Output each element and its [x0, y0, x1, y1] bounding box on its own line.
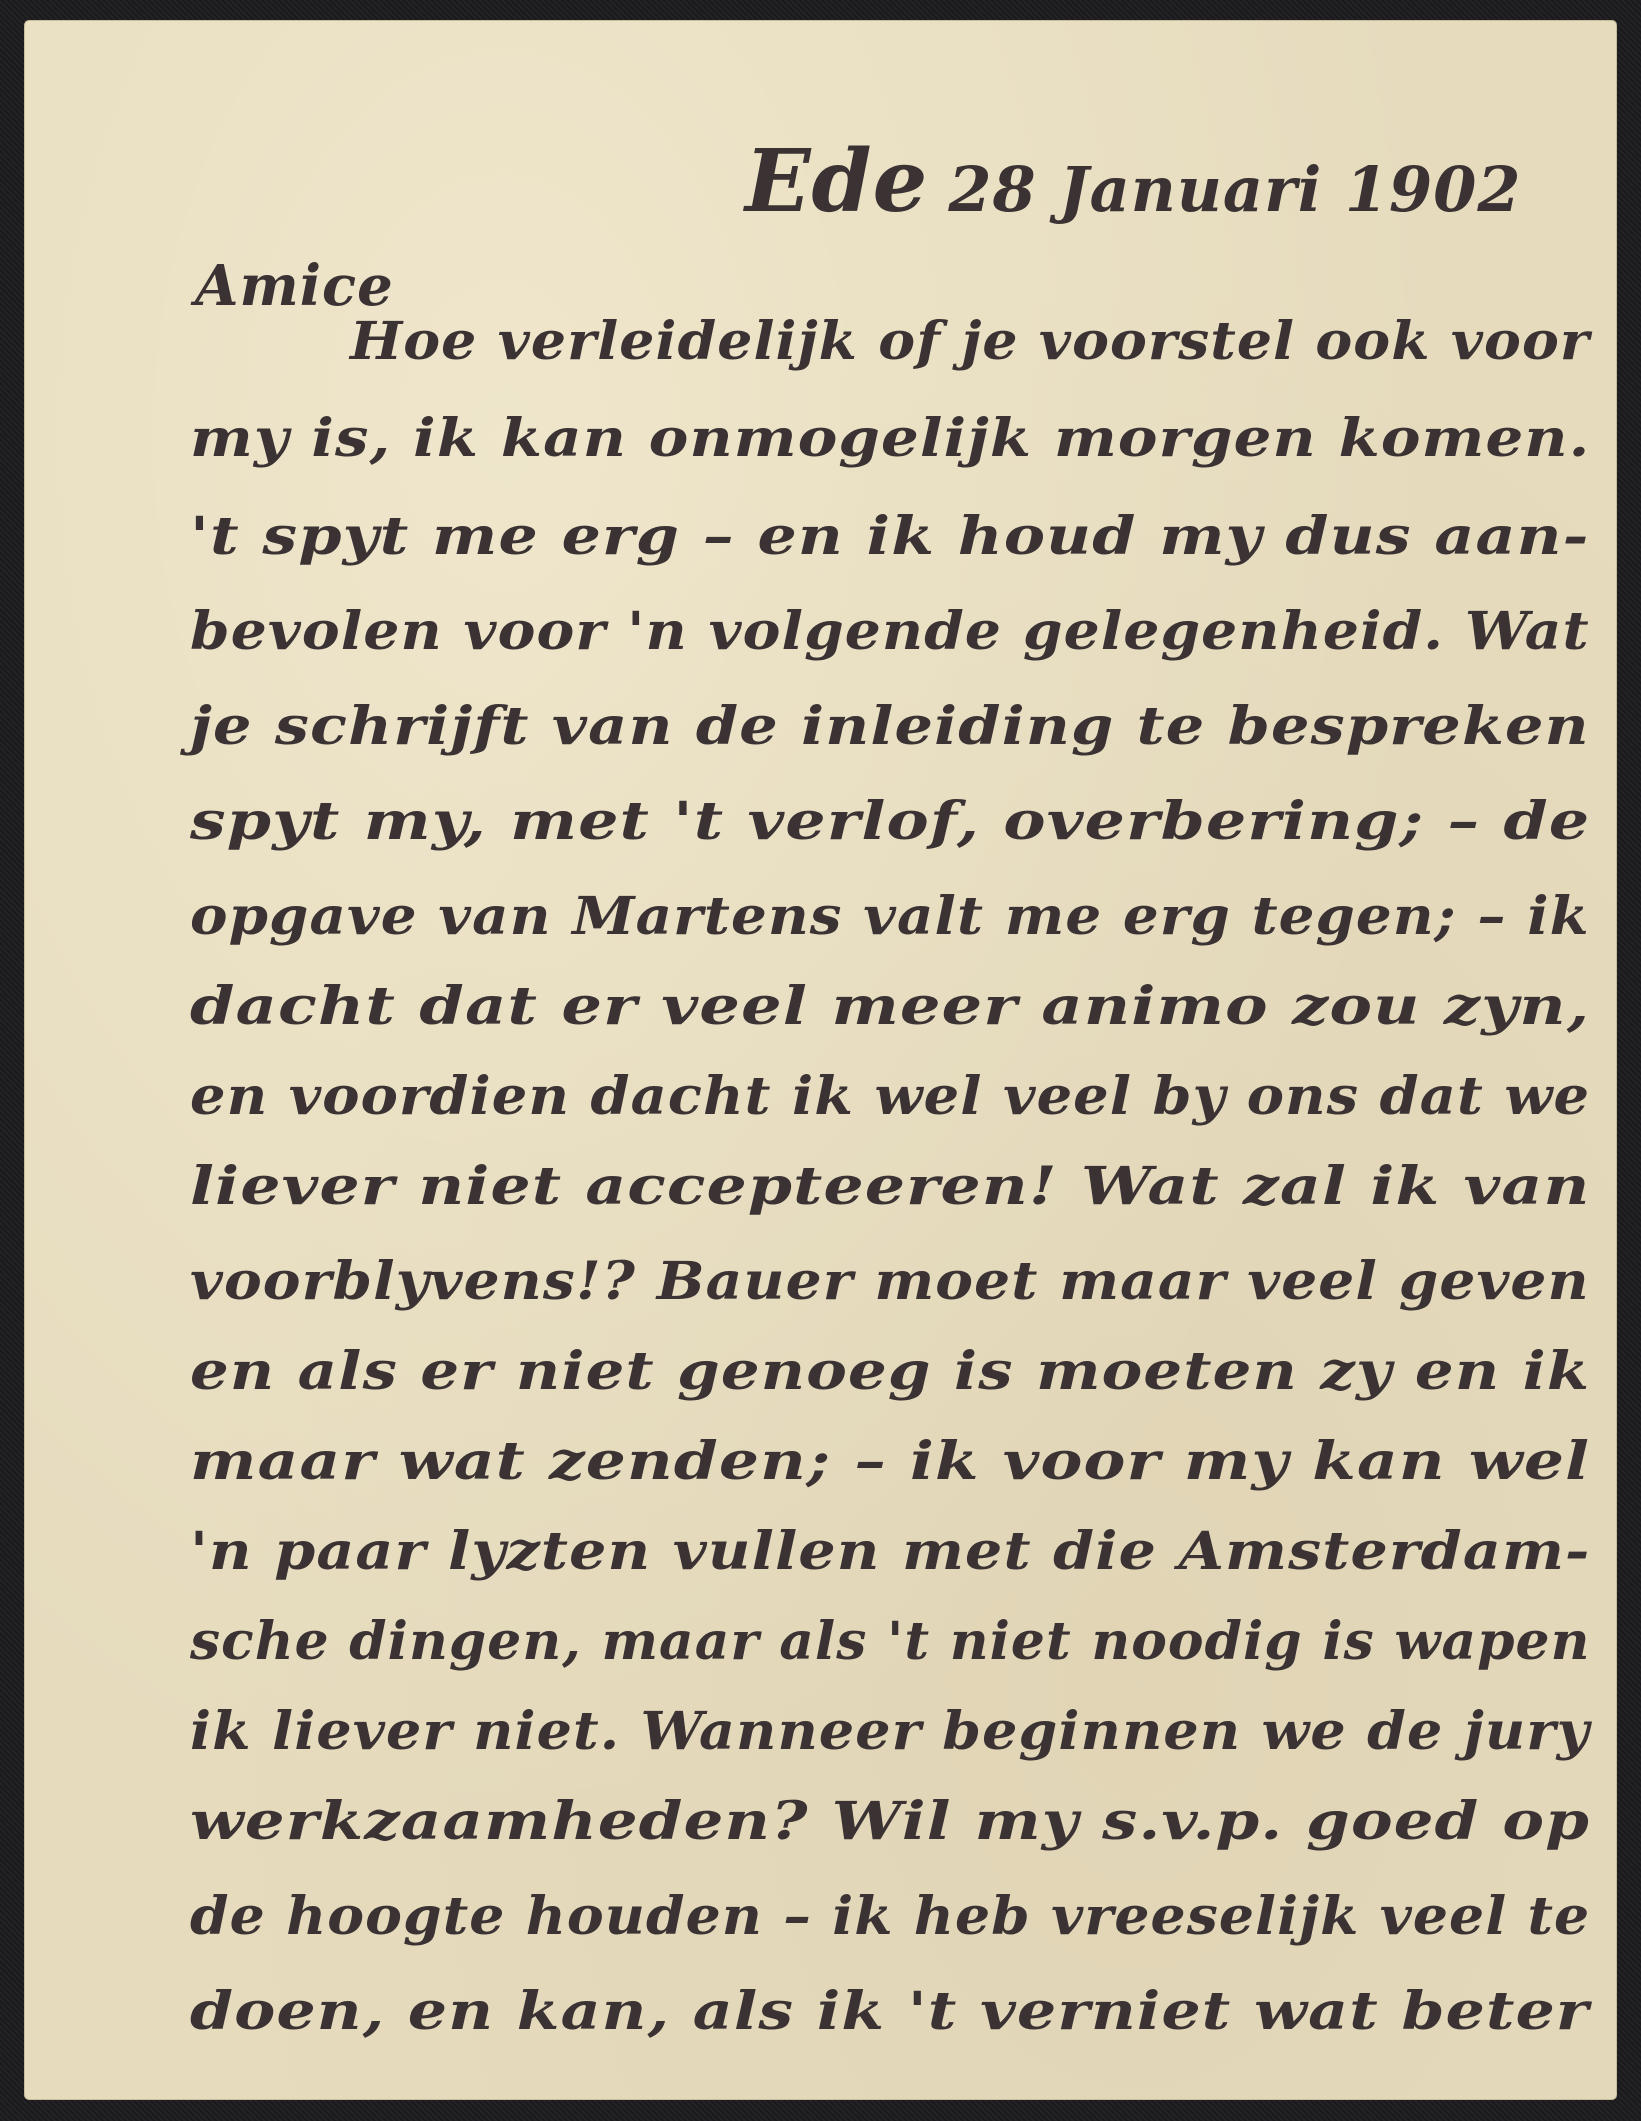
dateline-date: 28 Januari 1902 [948, 153, 1521, 226]
body-line: doen, en kan, als ik 't verniet wat bete… [190, 1986, 1590, 2038]
body-line: de hoogte houden – ik heb vreeselijk vee… [190, 1891, 1590, 1943]
dateline-place: Ede [745, 131, 928, 232]
body-line: ik liever niet. Wanneer beginnen we de j… [190, 1706, 1590, 1758]
body-line: sche dingen, maar als 't niet noodig is … [190, 1616, 1590, 1668]
dateline: Ede28 Januari 1902 [745, 131, 1521, 232]
body-line: en voordien dacht ik wel veel by ons dat… [190, 1071, 1590, 1123]
body-line: en als er niet genoeg is moeten zy en ik [190, 1346, 1590, 1398]
body-line: opgave van Martens valt me erg tegen; – … [190, 891, 1590, 943]
body-line: liever niet accepteeren! Wat zal ik van [190, 1161, 1590, 1213]
body-line: bevolen voor 'n volgende gelegenheid. Wa… [190, 606, 1590, 658]
letter-paper: Ede28 Januari 1902 Amice Hoe verleidelij… [25, 21, 1616, 2099]
body-line: 'n paar lyzten vullen met die Amsterdam- [190, 1526, 1591, 1578]
body-line: voorblyvens!? Bauer moet maar veel geven [190, 1256, 1590, 1308]
body-line: maar wat zenden; – ik voor my kan wel [190, 1436, 1590, 1488]
salutation: Amice [195, 253, 394, 319]
body-line: werkzaamheden? Wil my s.v.p. goed op [190, 1796, 1590, 1848]
body-line: spyt my, met 't verlof, overbering; – de [190, 796, 1590, 848]
body-line: Hoe verleidelijk of je voorstel ook voor [350, 316, 1590, 368]
body-line: je schrijft van de inleiding te bespreke… [190, 701, 1590, 753]
body-line: my is, ik kan onmogelijk morgen komen. [190, 413, 1590, 465]
body-line: 't spyt me erg – en ik houd my dus aan- [190, 511, 1589, 563]
body-line: dacht dat er veel meer animo zou zyn, [190, 981, 1590, 1033]
